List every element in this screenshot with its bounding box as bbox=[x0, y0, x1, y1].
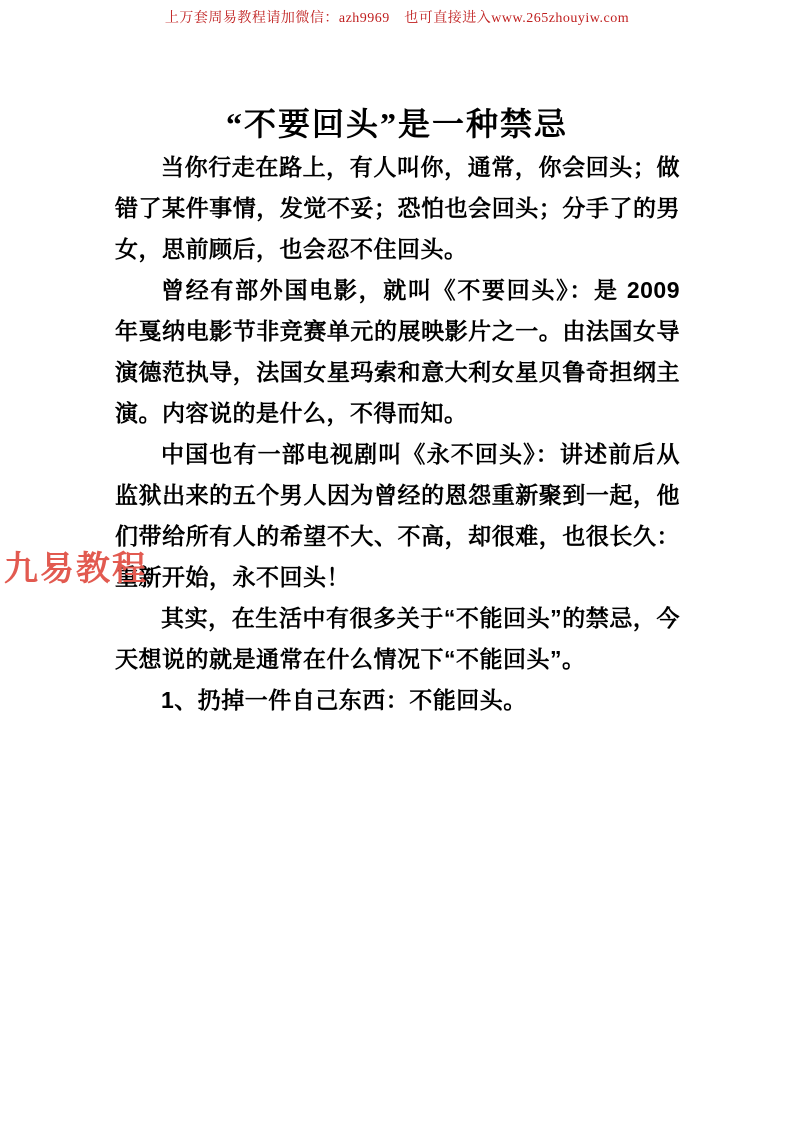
document-body: 当你行走在路上，有人叫你，通常，你会回头；做错了某件事情，发觉不妥；恐怕也会回头… bbox=[115, 147, 680, 721]
watermark-brand: 九易教程 bbox=[4, 541, 148, 590]
list-item-1-discard-item: 1、扔掉一件自己东西：不能回头。 bbox=[115, 680, 680, 721]
paragraph-taboo-intro: 其实，在生活中有很多关于“不能回头”的禁忌，今天想说的就是通常在什么情况下“不能… bbox=[115, 598, 680, 680]
document-page: 上万套周易教程请加微信：azh9969 也可直接进入www.265zhouyiw… bbox=[0, 0, 794, 1123]
paragraph-foreign-movie: 曾经有部外国电影，就叫《不要回头》：是 2009 年戛纳电影节非竞赛单元的展映影… bbox=[115, 270, 680, 434]
paragraph-chinese-tv-series: 中国也有一部电视剧叫《永不回头》：讲述前后从监狱出来的五个男人因为曾经的恩怨重新… bbox=[115, 434, 680, 598]
page-header-notice: 上万套周易教程请加微信：azh9969 也可直接进入www.265zhouyiw… bbox=[0, 7, 794, 27]
paragraph-walking-intro: 当你行走在路上，有人叫你，通常，你会回头；做错了某件事情，发觉不妥；恐怕也会回头… bbox=[115, 147, 680, 270]
